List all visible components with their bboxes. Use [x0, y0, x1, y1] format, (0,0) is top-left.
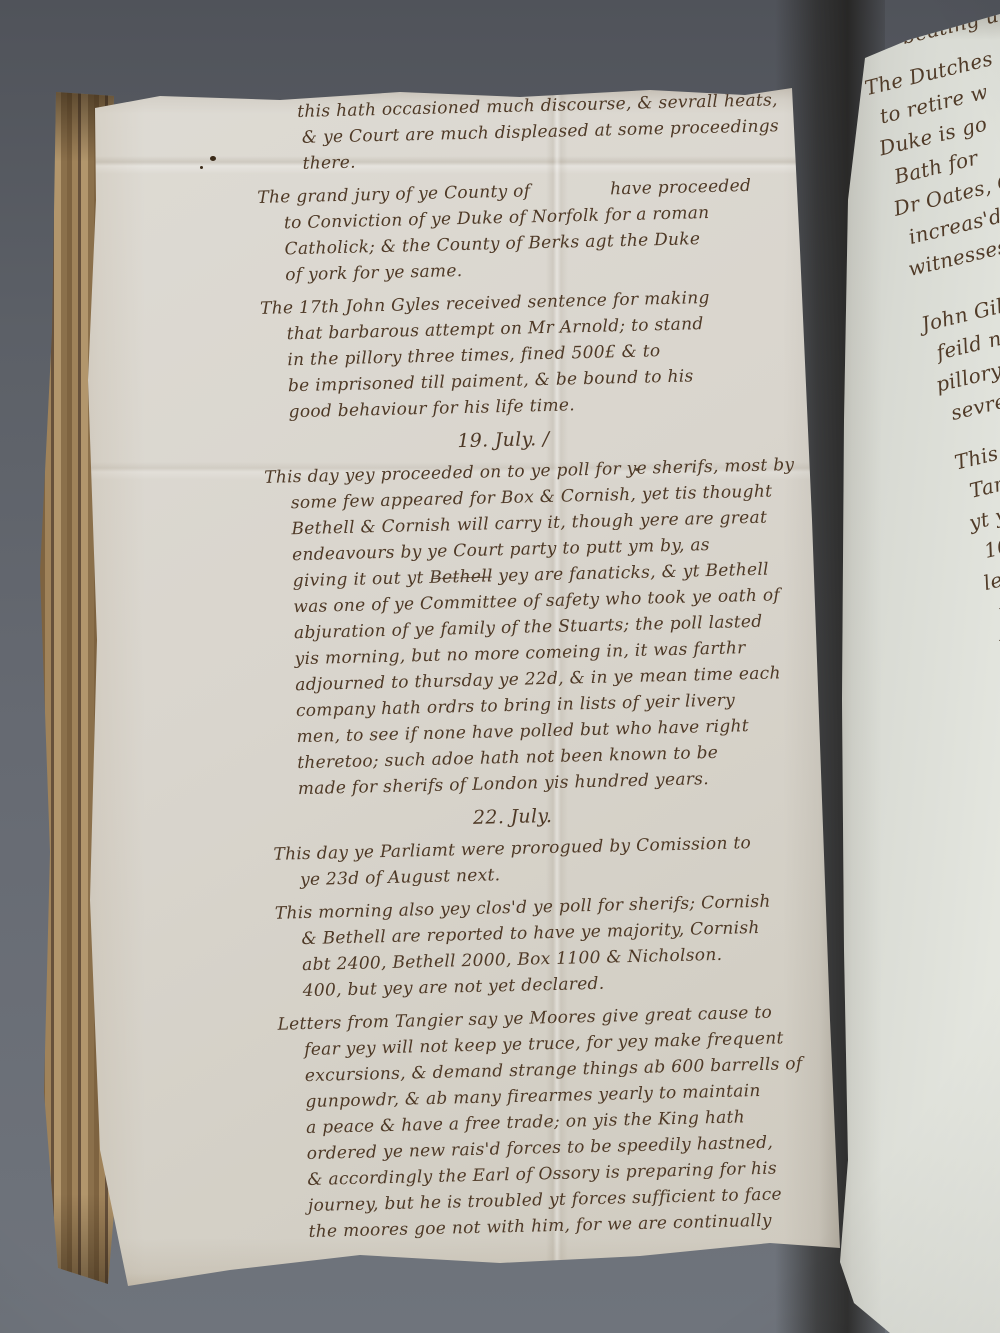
ink-spot	[200, 166, 203, 169]
left-page-text: this hath occasioned much discourse, & s…	[255, 86, 848, 1252]
manuscript-paragraph: This day ye Parliamt were prorogued by C…	[273, 828, 839, 894]
right-page-text: beating u The Dutchesto retire wDuke is …	[852, 0, 1000, 1150]
manuscript-paragraph: The 17th John Gyles received sentence fo…	[260, 282, 828, 426]
manuscript-paragraph: this hath occasioned much discourse, & s…	[255, 86, 822, 178]
manuscript-paragraph: This morning also yey clos'd ye poll for…	[275, 887, 842, 1005]
manuscript-paragraph: The grand jury of ye County of have proc…	[257, 171, 824, 289]
left-page: this hath occasioned much discourse, & s…	[50, 78, 845, 1293]
manuscript-paragraph: Letters from Tangier say ye Moores give …	[277, 998, 848, 1246]
date-heading-22-july: 22. July.	[272, 798, 752, 836]
date-heading-19-july: 19. July. /	[263, 421, 743, 459]
ink-spot	[210, 156, 216, 161]
photograph-background: beating u The Dutchesto retire wDuke is …	[0, 0, 1000, 1333]
manuscript-paragraph: This day yey proceeded on to ye poll for…	[264, 451, 837, 803]
